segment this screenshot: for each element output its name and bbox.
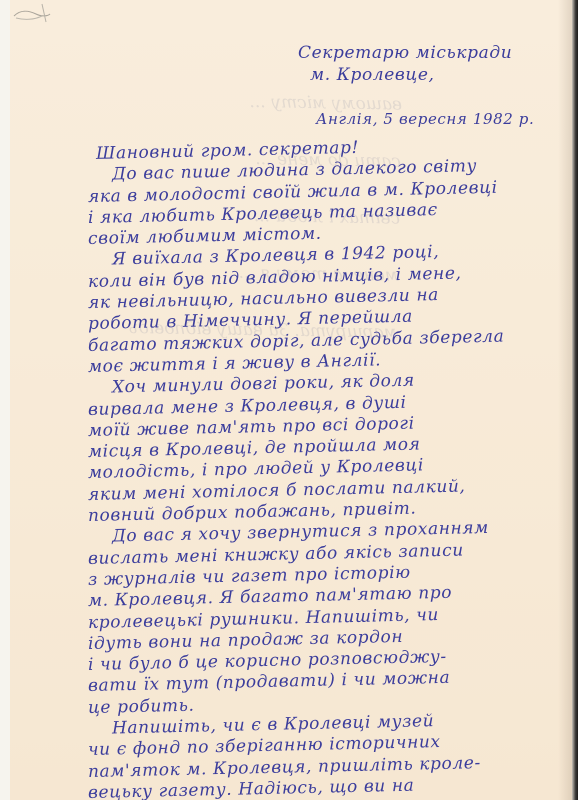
addressee-city: м. Кролевце, xyxy=(298,64,568,86)
scan-left-margin xyxy=(0,0,10,800)
letter-page: вашому місту ... сати до мене ... світах… xyxy=(0,0,578,800)
letter-header: Секретарю міськради м. Кролевце, Англія,… xyxy=(298,42,568,128)
letter-body: Шановний гром. секретар! До вас пише люд… xyxy=(88,144,558,800)
scan-right-edge xyxy=(572,0,578,800)
letter-date: Англія, 5 вересня 1982 р. xyxy=(298,110,568,128)
addressee-line: Секретарю міськради xyxy=(298,42,568,64)
thread-binding-icon xyxy=(12,2,52,26)
